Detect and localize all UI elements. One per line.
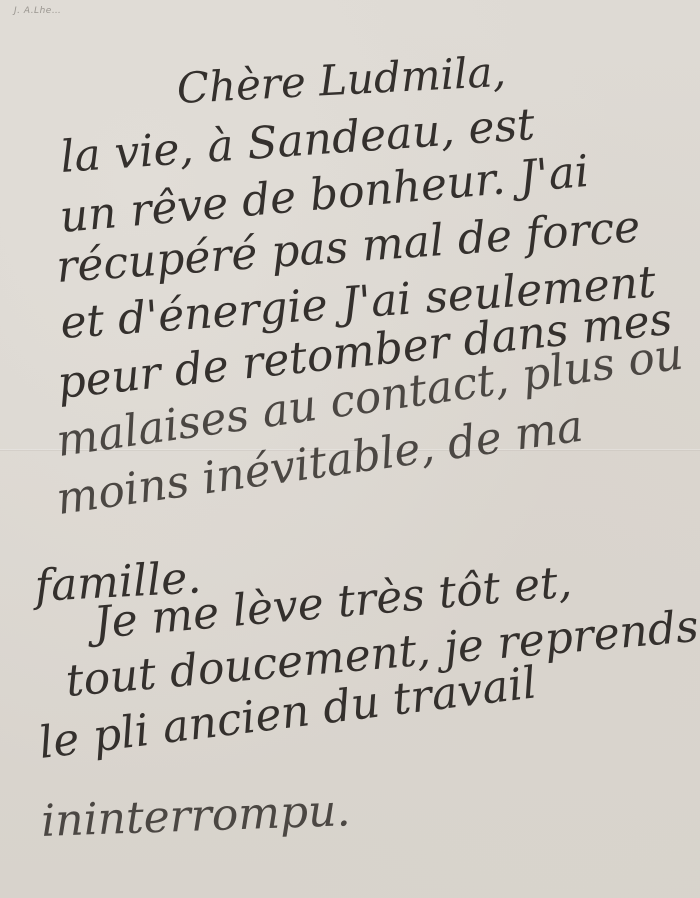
letter-salutation: Chère Ludmila, bbox=[176, 51, 507, 110]
archive-pencil-note: J. A.Lhe… bbox=[14, 6, 61, 16]
letter-page: J. A.Lhe… Chère Ludmila, la vie, à Sande… bbox=[0, 0, 700, 898]
letter-line-12: ininterrompu. bbox=[40, 789, 351, 844]
